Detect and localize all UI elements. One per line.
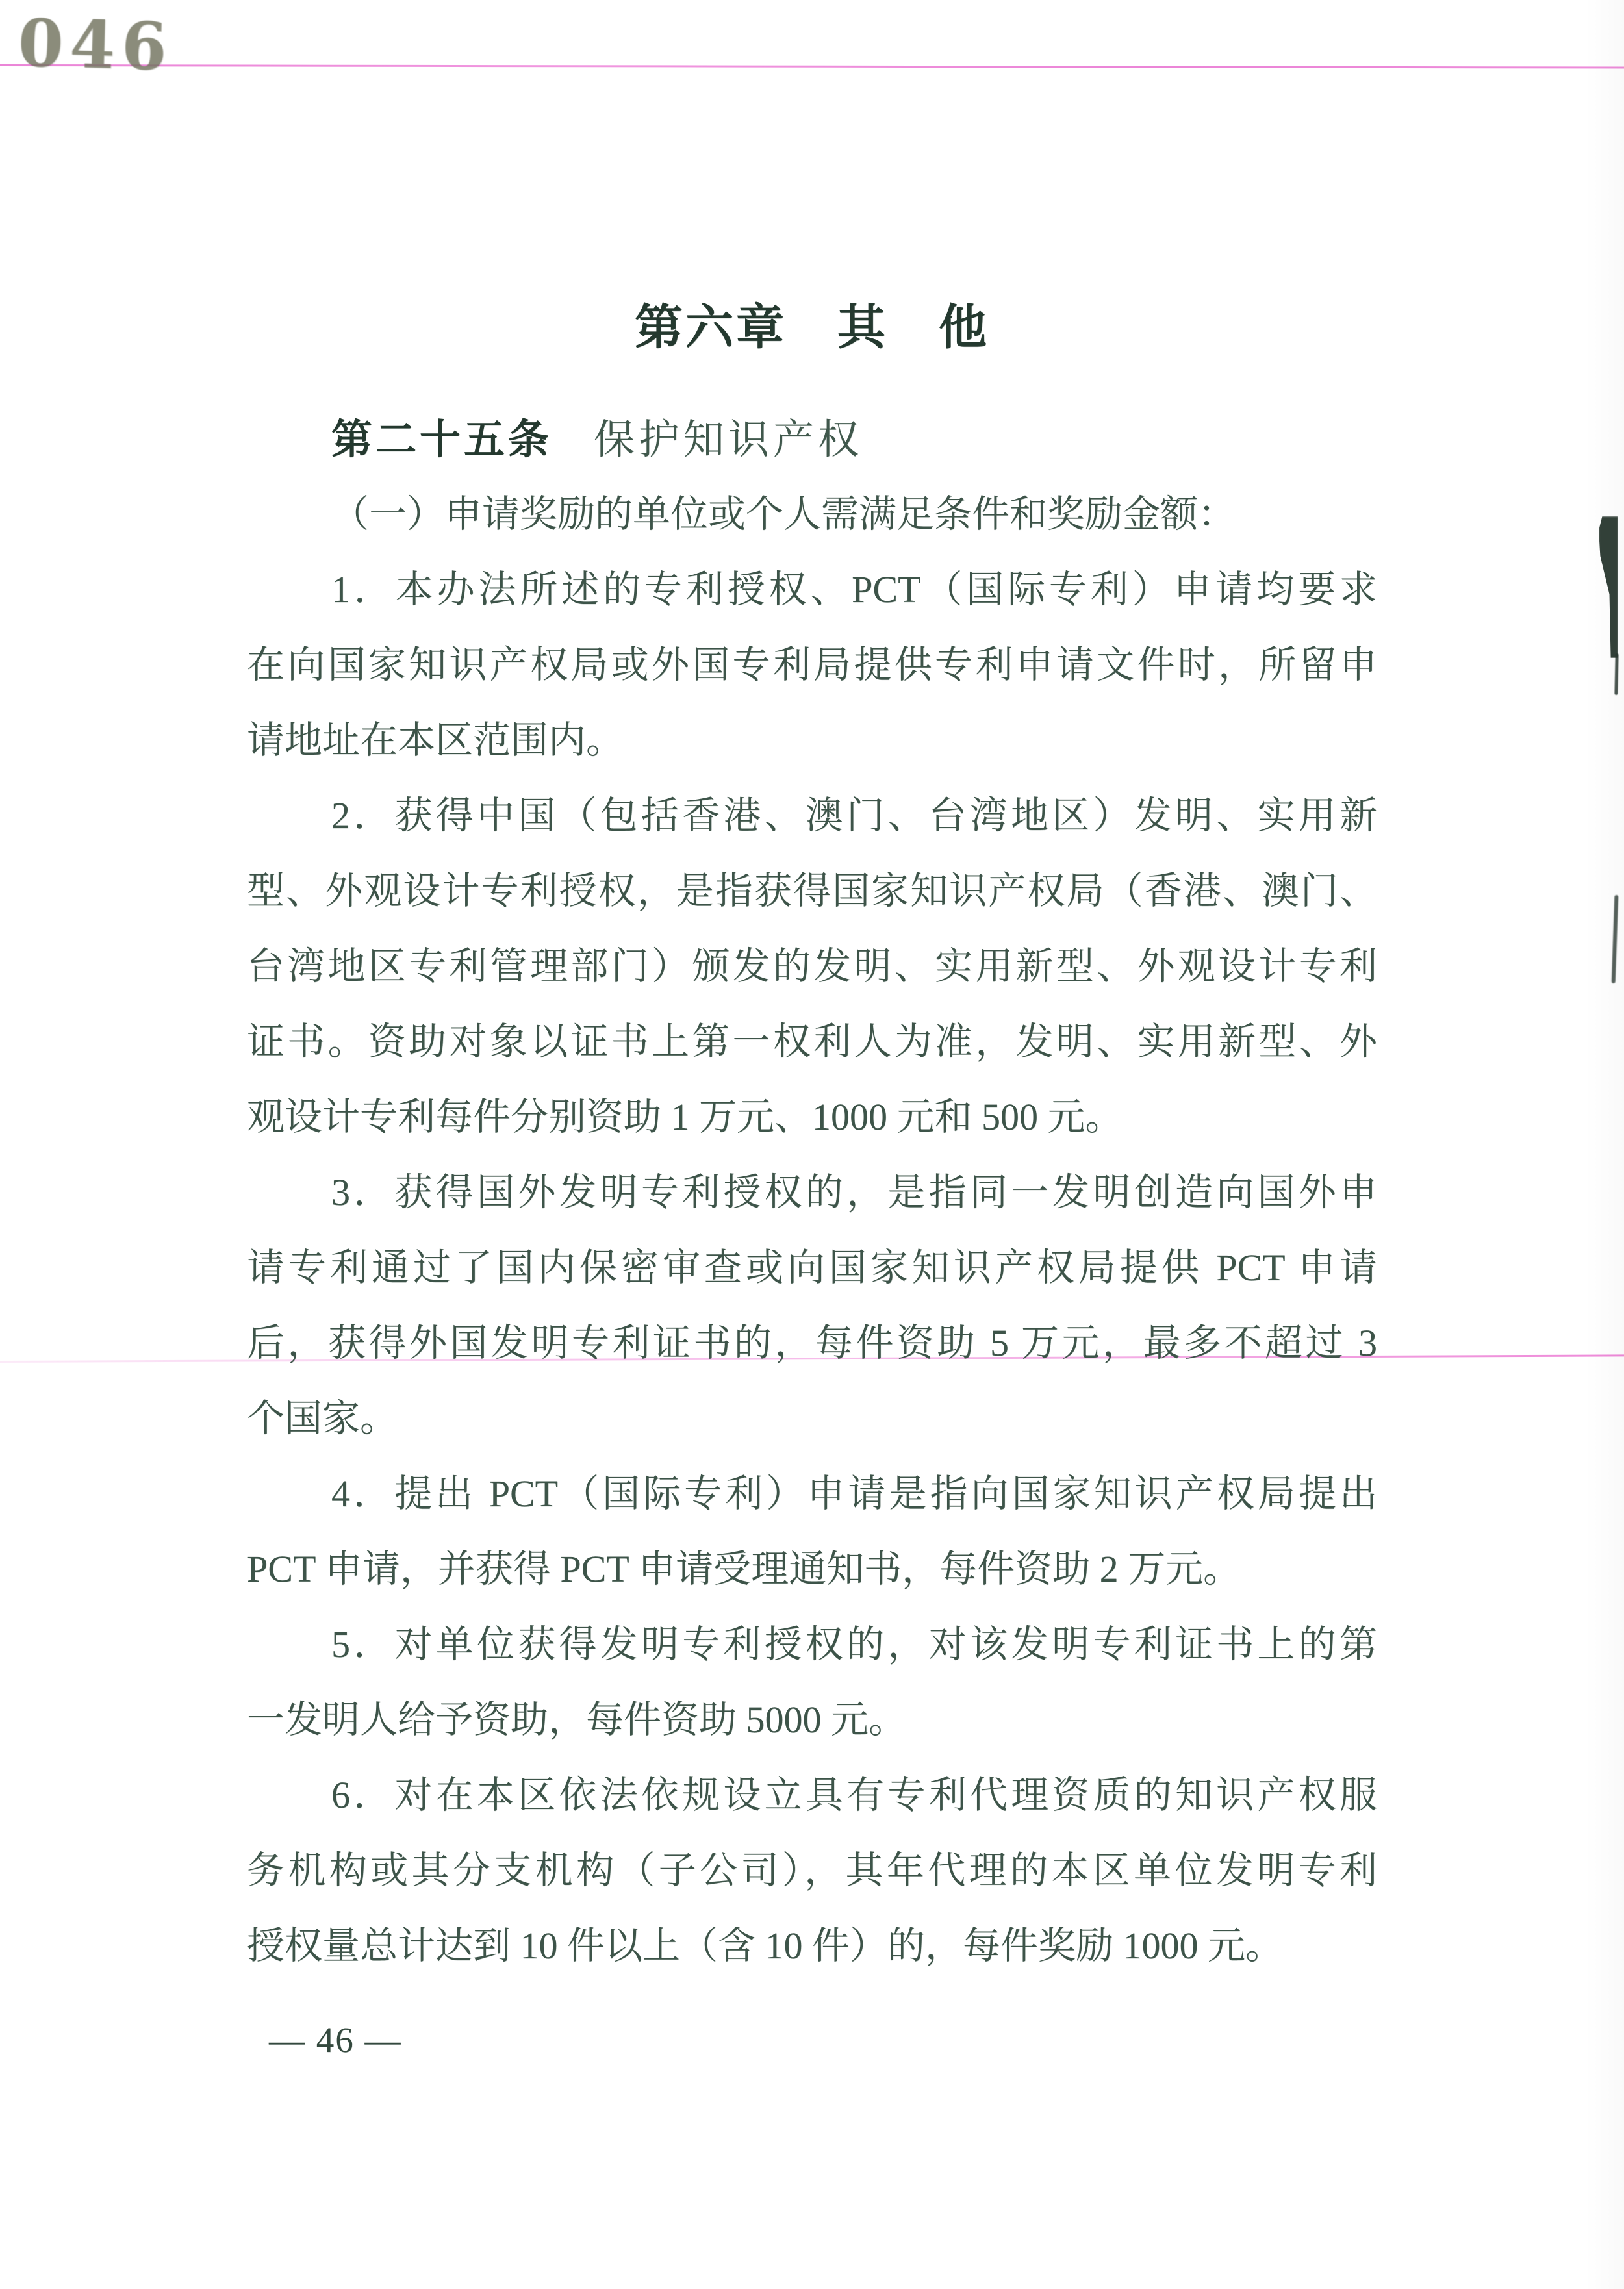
document-line: 5．对单位获得发明专利授权的，对该发明专利证书上的第 — [247, 1607, 1377, 1682]
document-line: 个国家。 — [247, 1381, 1377, 1456]
document-line: PCT 申请，并获得 PCT 申请受理通知书，每件资助 2 万元。 — [247, 1532, 1377, 1607]
document-line: 务机构或其分支机构（子公司），其年代理的本区单位发明专利 — [247, 1833, 1377, 1908]
scan-edge-artifact-line — [1612, 895, 1619, 983]
document-line: 3．获得国外发明专利授权的，是指同一发明创造向国外申 — [247, 1155, 1377, 1230]
scan-edge-artifact-blob — [1599, 516, 1618, 658]
document-line: 证书。资助对象以证书上第一权利人为准，发明、实用新型、外 — [247, 1004, 1377, 1080]
scanned-document-page: 046 第六章 其 他 第二十五条保护知识产权 （一）申请奖励的单位或个人需满足… — [0, 0, 1624, 2289]
document-line: 型、外观设计专利授权，是指获得国家知识产权局（香港、澳门、 — [247, 854, 1377, 929]
document-line: 在向国家知识产权局或外国专利局提供专利申请文件时，所留申 — [247, 627, 1377, 703]
chapter-title: 第六章 其 他 — [247, 290, 1377, 366]
document-line: 授权量总计达到 10 件以上（含 10 件）的，每件奖励 1000 元。 — [247, 1908, 1377, 1984]
scanner-streak-line-top — [0, 64, 1624, 69]
article-heading: 第二十五条保护知识产权 — [247, 402, 1377, 477]
document-line: 一发明人给予资助，每件资助 5000 元。 — [247, 1682, 1377, 1758]
document-line: 1．本办法所述的专利授权、PCT（国际专利）申请均要求 — [247, 552, 1377, 627]
document-line: 台湾地区专利管理部门）颁发的发明、实用新型、外观设计专利 — [247, 929, 1377, 1004]
document-body: （一）申请奖励的单位或个人需满足条件和奖励金额：1．本办法所述的专利授权、PCT… — [247, 477, 1377, 1984]
document-line: 4．提出 PCT（国际专利）申请是指向国家知识产权局提出 — [247, 1456, 1377, 1532]
document-line: 观设计专利每件分别资助 1 万元、1000 元和 500 元。 — [247, 1080, 1377, 1155]
article-number: 第二十五条 — [331, 417, 552, 462]
page-stamp-number: 046 — [17, 5, 174, 86]
document-line: 后，获得外国发明专利证书的，每件资助 5 万元，最多不超过 3 — [247, 1306, 1377, 1381]
page-number-footer: — 46 — — [269, 2011, 402, 2069]
document-line: 请地址在本区范围内。 — [247, 703, 1377, 778]
document-line: （一）申请奖励的单位或个人需满足条件和奖励金额： — [247, 477, 1377, 552]
article-title: 保护知识产权 — [594, 417, 863, 462]
scan-edge-artifact-tail — [1614, 653, 1618, 695]
document-line: 2．获得中国（包括香港、澳门、台湾地区）发明、实用新 — [247, 778, 1377, 854]
document-line: 请专利通过了国内保密审查或向国家知识产权局提供 PCT 申请 — [247, 1230, 1377, 1306]
document-line: 6．对在本区依法依规设立具有专利代理资质的知识产权服 — [247, 1758, 1377, 1833]
